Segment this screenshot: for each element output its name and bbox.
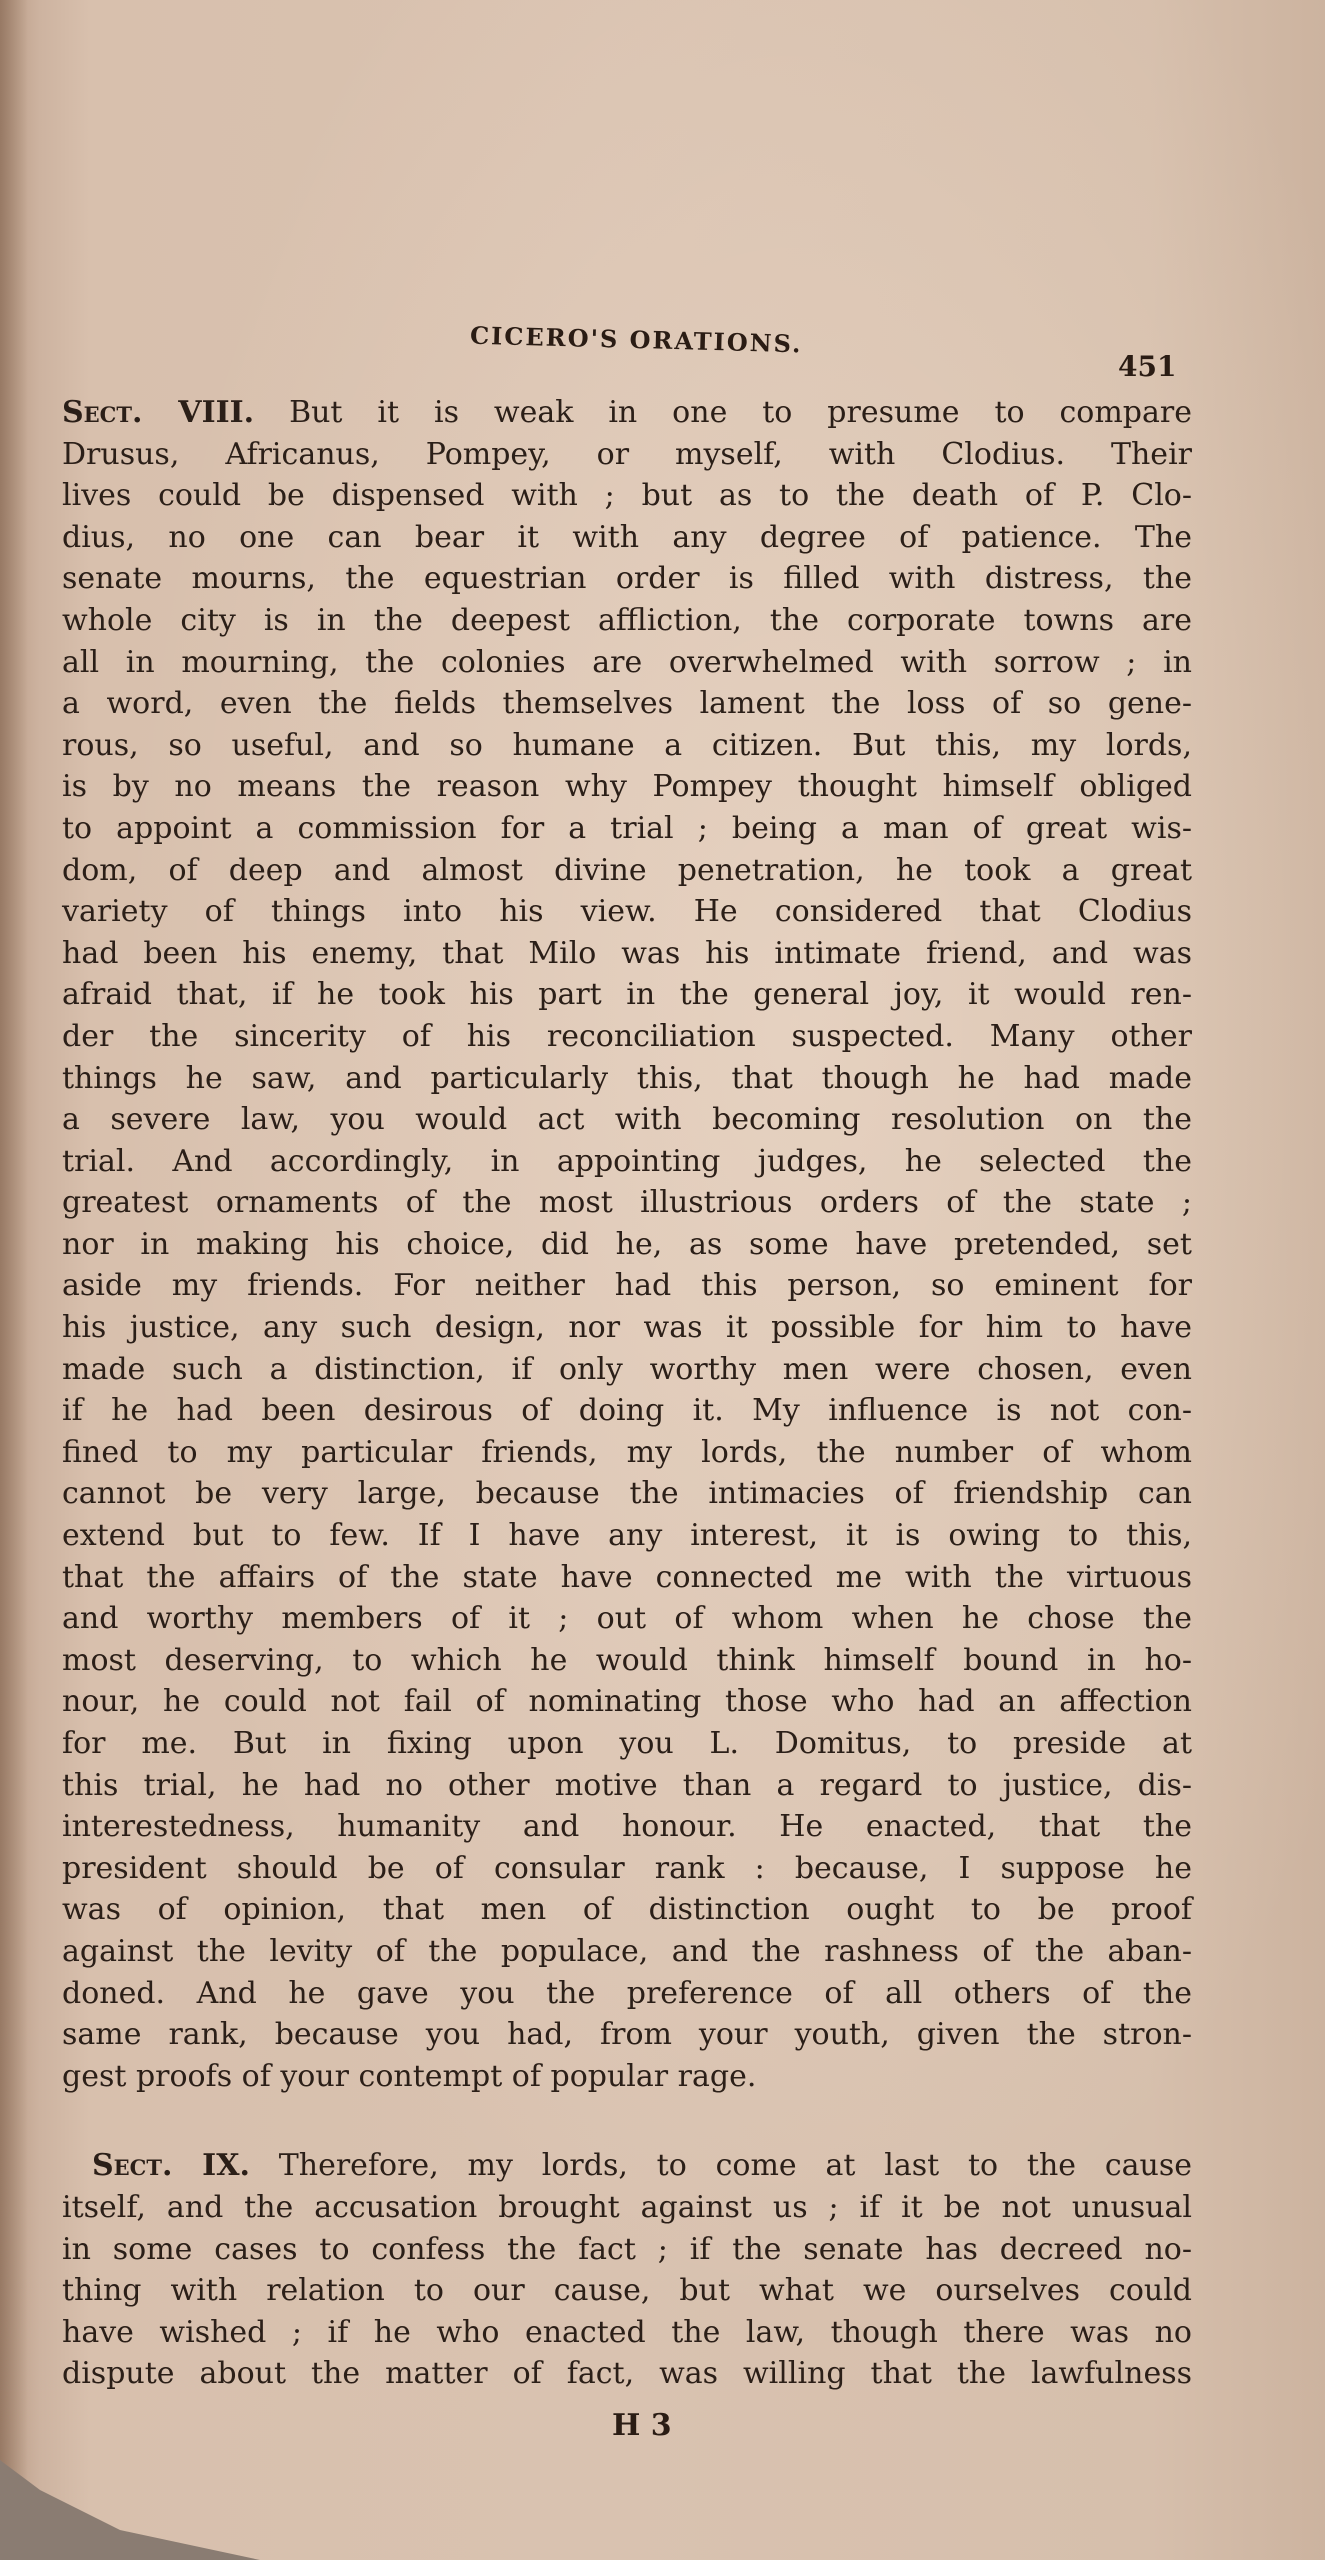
- text-line: most deserving, to which he would think …: [62, 1640, 1192, 1682]
- text-line: this trial, he had no other motive than …: [62, 1765, 1192, 1807]
- text-line: gest proofs of your contempt of popular …: [62, 2056, 1192, 2098]
- text-line: his justice, any such design, nor was it…: [62, 1307, 1192, 1349]
- signature-mark: H 3: [612, 2408, 672, 2443]
- text-line: trial. And accordingly, in appointing ju…: [62, 1141, 1192, 1183]
- text-line: thing with relation to our cause, but wh…: [62, 2270, 1192, 2312]
- text-line: and worthy members of it ; out of whom w…: [62, 1598, 1192, 1640]
- text-line: whole city is in the deepest affliction,…: [62, 600, 1192, 642]
- text-line: fined to my particular friends, my lords…: [62, 1432, 1192, 1474]
- text-line: dius, no one can bear it with any degree…: [62, 517, 1192, 559]
- text-line: is by no means the reason why Pompey tho…: [62, 766, 1192, 808]
- text-line: nor in making his choice, did he, as som…: [62, 1224, 1192, 1266]
- text-line: if he had been desirous of doing it. My …: [62, 1390, 1192, 1432]
- spine-shadow: [0, 0, 28, 2560]
- text-line: Sect. IX. Therefore, my lords, to come a…: [62, 2145, 1192, 2187]
- text-line: for me. But in fixing upon you L. Domitu…: [62, 1723, 1192, 1765]
- text-line: greatest ornaments of the most illustrio…: [62, 1182, 1192, 1224]
- text-line: interestedness, humanity and honour. He …: [62, 1806, 1192, 1848]
- text-line: cannot be very large, because the intima…: [62, 1473, 1192, 1515]
- text-line: doned. And he gave you the preference of…: [62, 1973, 1192, 2015]
- text-line: had been his enemy, that Milo was his in…: [62, 933, 1192, 975]
- text-line: rous, so useful, and so humane a citizen…: [62, 725, 1192, 767]
- text-line: in some cases to confess the fact ; if t…: [62, 2229, 1192, 2271]
- text-line: to appoint a commission for a trial ; be…: [62, 808, 1192, 850]
- text-line: that the affairs of the state have conne…: [62, 1557, 1192, 1599]
- text-line: Drusus, Africanus, Pompey, or myself, wi…: [62, 434, 1192, 476]
- text-line: president should be of consular rank : b…: [62, 1848, 1192, 1890]
- text-line: senate mourns, the equestrian order is f…: [62, 558, 1192, 600]
- text-line: dom, of deep and almost divine penetrati…: [62, 850, 1192, 892]
- text-line: Sect. VIII. But it is weak in one to pre…: [62, 392, 1192, 434]
- text-line: der the sincerity of his reconciliation …: [62, 1016, 1192, 1058]
- text-line: lives could be dispensed with ; but as t…: [62, 475, 1192, 517]
- text-line: made such a distinction, if only worthy …: [62, 1349, 1192, 1391]
- page-number: 451: [1118, 350, 1176, 383]
- body-text: Sect. VIII. But it is weak in one to pre…: [62, 392, 1192, 2395]
- text-line: extend but to few. If I have any interes…: [62, 1515, 1192, 1557]
- text-line: was of opinion, that men of distinction …: [62, 1889, 1192, 1931]
- book-page: CICERO'S ORATIONS. 451 Sect. VIII. But i…: [0, 0, 1325, 2560]
- text-line: have wished ; if he who enacted the law,…: [62, 2312, 1192, 2354]
- text-line: same rank, because you had, from your yo…: [62, 2014, 1192, 2056]
- section-label: Sect. IX.: [92, 2148, 250, 2183]
- section-ix: Sect. IX. Therefore, my lords, to come a…: [62, 2145, 1192, 2395]
- text-line: itself, and the accusation brought again…: [62, 2187, 1192, 2229]
- text-line: dispute about the matter of fact, was wi…: [62, 2353, 1192, 2395]
- text-line: against the levity of the populace, and …: [62, 1931, 1192, 1973]
- text-line: things he saw, and particularly this, th…: [62, 1058, 1192, 1100]
- paragraph-gap: [62, 2097, 1192, 2145]
- text-line: all in mourning, the colonies are overwh…: [62, 642, 1192, 684]
- text-line: afraid that, if he took his part in the …: [62, 974, 1192, 1016]
- text-line: aside my friends. For neither had this p…: [62, 1265, 1192, 1307]
- section-label: Sect. VIII.: [62, 395, 254, 430]
- running-head: CICERO'S ORATIONS.: [470, 321, 803, 359]
- text-line: a word, even the fields themselves lamen…: [62, 683, 1192, 725]
- section-viii: Sect. VIII. But it is weak in one to pre…: [62, 392, 1192, 2097]
- text-line: nour, he could not fail of nominating th…: [62, 1681, 1192, 1723]
- text-line: a severe law, you would act with becomin…: [62, 1099, 1192, 1141]
- text-line: variety of things into his view. He cons…: [62, 891, 1192, 933]
